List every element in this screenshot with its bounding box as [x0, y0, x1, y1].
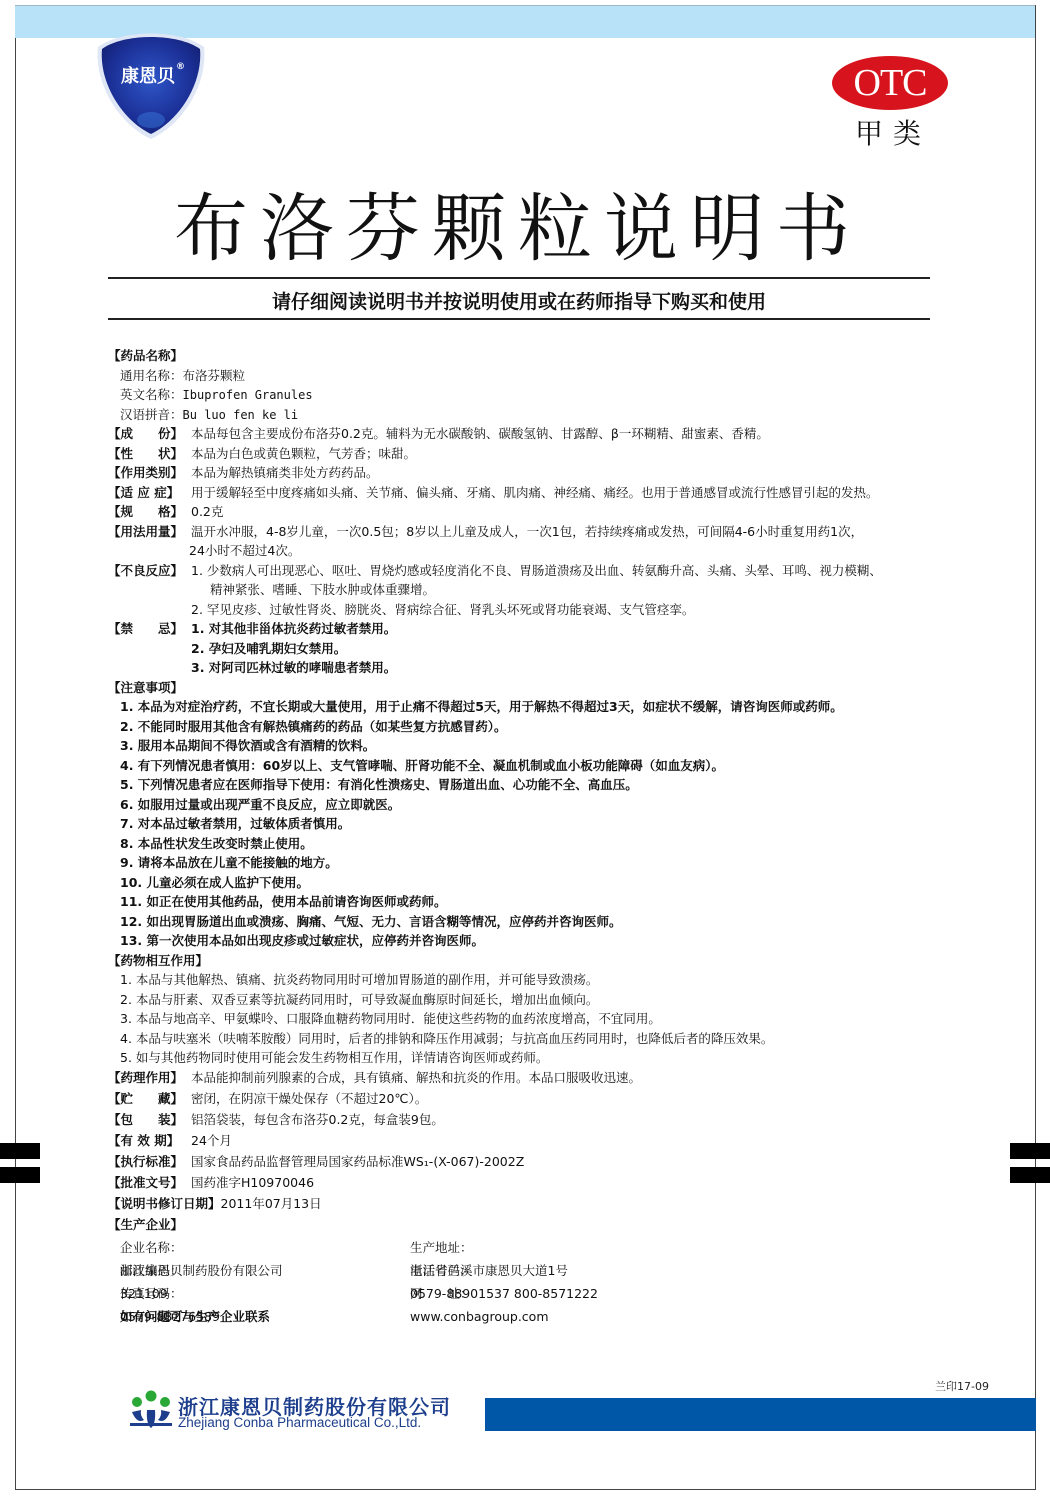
precaution-item: 5. 下列情况患者应在医师指导下使用：有消化性溃疡史、胃肠道出血、心功能不全、高…	[108, 775, 968, 795]
precaution-item: 1. 本品为对症治疗药，不宜长期或大量使用，用于止痛不得超过5天，用于解热不得超…	[108, 697, 968, 717]
fold-mark-left-bottom	[0, 1167, 40, 1183]
category-row: 【作用类别】本品为解热镇痛类非处方药药品。	[108, 463, 968, 483]
website-label: 网 址：	[410, 1282, 810, 1305]
dosage-label: 【用法用量】	[108, 522, 191, 542]
precaution-item: 10. 儿童必须在成人监护下使用。	[108, 873, 968, 893]
leaflet-content: 【药品名称】 通用名称：布洛芬颗粒 英文名称：Ibuprofen Granule…	[108, 346, 968, 1328]
adverse-reaction-item-1: 1. 少数病人可出现恶心、呕吐、胃烧灼感或轻度消化不良、胃肠道溃疡及出血、转氨酶…	[191, 563, 882, 578]
footer-company-name-en: Zhejiang Conba Pharmaceutical Co.,Ltd.	[178, 1415, 421, 1430]
revision-date-value: 2011年07月13日	[221, 1196, 322, 1211]
specification-label: 【规 格】	[108, 502, 191, 522]
adverse-reactions-label: 【不良反应】	[108, 561, 191, 581]
appearance-row: 【性 状】本品为白色或黄色颗粒，气芳香；味甜。	[108, 444, 968, 464]
validity-text: 24个月	[191, 1133, 232, 1148]
pinyin-row: 汉语拼音：Bu luo fen ke li	[108, 405, 968, 425]
fax-row: 传真号码：0579-88276589	[120, 1282, 410, 1305]
otc-badge: OTC	[832, 56, 948, 110]
precaution-item: 7. 对本品过敏者禁用，过敏体质者慎用。	[108, 814, 968, 834]
company-name-label: 企业名称：	[120, 1236, 410, 1259]
precaution-item: 13. 第一次使用本品如出现皮疹或过敏症状，应停药并咨询医师。	[108, 931, 968, 951]
standard-row: 【执行标准】国家食品药品监督管理局国家药品标准WS₁-(X-067)-2002Z	[108, 1152, 968, 1173]
frame-border-right	[1035, 5, 1036, 1490]
packaging-text: 铝箔袋装，每包含布洛芬0.2克，每盒装9包。	[191, 1112, 444, 1127]
adverse-reaction-item-2: 2. 罕见皮疹、过敏性肾炎、膀胱炎、肾病综合征、肾乳头坏死或肾功能衰竭、支气管痉…	[108, 600, 968, 620]
approval-number: 国药准字H10970046	[191, 1175, 314, 1190]
brand-logo-text: 康恩贝®	[110, 62, 196, 88]
contraindication-item: 1. 对其他非甾体抗炎药过敏者禁用。	[191, 621, 396, 636]
english-name-label: 英文名称：	[120, 387, 183, 402]
appearance-text: 本品为白色或黄色颗粒，气芳香；味甜。	[191, 446, 416, 461]
section-heading-drug-name: 【药品名称】	[108, 346, 968, 366]
pharmacology-label: 【药理作用】	[108, 1068, 191, 1088]
generic-name-label: 通用名称：	[120, 368, 183, 383]
generic-name-value: 布洛芬颗粒	[183, 368, 246, 383]
otc-class-label: 甲类	[848, 112, 938, 152]
precaution-item: 2. 不能同时服用其他含有解热镇痛药的药品（如某些复方抗感冒药）。	[108, 717, 968, 737]
english-name-value: Ibuprofen Granules	[183, 388, 313, 402]
validity-label: 【有 效 期】	[108, 1131, 191, 1151]
divider-bottom	[108, 318, 930, 320]
precaution-item: 3. 服用本品期间不得饮酒或含有酒精的饮料。	[108, 736, 968, 756]
brand-name: 康恩贝	[121, 66, 175, 87]
dosage-row: 【用法用量】温开水冲服，4-8岁儿童，一次0.5包；8岁以上儿童及成人，一次1包…	[108, 522, 968, 542]
specification-row: 【规 格】0.2克	[108, 502, 968, 522]
category-text: 本品为解热镇痛类非处方药药品。	[191, 465, 379, 480]
ingredients-label: 【成 份】	[108, 424, 191, 444]
standard-label: 【执行标准】	[108, 1152, 191, 1172]
frame-border-left	[15, 38, 16, 1490]
specification-text: 0.2克	[191, 504, 223, 519]
company-name-row: 企业名称：浙江康恩贝制药股份有限公司	[120, 1236, 410, 1259]
frame-border-bottom	[15, 1489, 1036, 1490]
fax-label: 传真号码：	[120, 1282, 410, 1305]
packaging-row: 【包 装】铝箔袋装，每包含布洛芬0.2克，每盒装9包。	[108, 1110, 968, 1131]
approval-label: 【批准文号】	[108, 1173, 191, 1193]
precaution-item: 9. 请将本品放在儿童不能接触的地方。	[108, 853, 968, 873]
storage-row: 【贮 藏】密闭，在阴凉干燥处保存（不超过20℃）。	[108, 1089, 968, 1110]
english-name-row: 英文名称：Ibuprofen Granules	[108, 385, 968, 405]
appearance-label: 【性 状】	[108, 444, 191, 464]
indications-label: 【适 应 症】	[108, 483, 191, 503]
page-subtitle: 请仔细阅读说明书并按说明使用或在药师指导下购买和使用	[108, 287, 930, 314]
dosage-row-cont: 24小时不超过4次。	[108, 541, 968, 561]
contraindication-item: 3. 对阿司匹林过敏的哮喘患者禁用。	[108, 658, 968, 678]
pharmacology-row: 【药理作用】本品能抑制前列腺素的合成，具有镇痛、解热和抗炎的作用。本品口服吸收迅…	[108, 1068, 968, 1089]
divider-top	[108, 277, 930, 279]
validity-row: 【有 效 期】24个月	[108, 1131, 968, 1152]
company-logo-icon	[128, 1390, 174, 1430]
registered-mark: ®	[176, 62, 185, 72]
ingredients-text: 本品每包含主要成份布洛芬0.2克。辅料为无水碳酸钠、碳酸氢钠、甘露醇、β一环糊精…	[191, 426, 769, 441]
indications-text: 用于缓解轻至中度疼痛如头痛、关节痛、偏头痛、牙痛、肌肉痛、神经痛、痛经。也用于普…	[191, 485, 879, 500]
pinyin-value: Bu luo fen ke li	[183, 408, 299, 422]
phone-row: 电话号码：0579-88901537 800-8571222	[410, 1259, 810, 1282]
address-label: 生产地址：	[410, 1236, 810, 1259]
section-heading-manufacturer: 【生产企业】	[108, 1215, 968, 1236]
fold-mark-right-top	[1010, 1143, 1050, 1159]
precaution-item: 4. 有下列情况患者慎用：60岁以上、支气管哮喘、肝肾功能不全、凝血机制或血小板…	[108, 756, 968, 776]
postcode-label: 邮政编码：	[120, 1259, 410, 1282]
section-heading-precautions: 【注意事项】	[108, 678, 968, 698]
packaging-label: 【包 装】	[108, 1110, 191, 1130]
storage-text: 密闭，在阴凉干燥处保存（不超过20℃）。	[191, 1091, 427, 1106]
fold-mark-left-top	[0, 1143, 40, 1159]
precaution-item: 8. 本品性状发生改变时禁止使用。	[108, 834, 968, 854]
footer-blue-bar	[485, 1398, 1036, 1431]
website-row: 网 址：www.conbagroup.com	[410, 1282, 810, 1305]
revision-date-label: 【说明书修订日期】	[108, 1194, 221, 1214]
manufacturer-info: 企业名称：浙江康恩贝制药股份有限公司 生产地址：浙江省兰溪市康恩贝大道1号 邮政…	[108, 1236, 968, 1305]
pinyin-label: 汉语拼音：	[120, 407, 183, 422]
precaution-item: 11. 如正在使用其他药品，使用本品前请咨询医师或药师。	[108, 892, 968, 912]
ingredients-row: 【成 份】本品每包含主要成份布洛芬0.2克。辅料为无水碳酸钠、碳酸氢钠、甘露醇、…	[108, 424, 968, 444]
interaction-item: 2. 本品与肝素、双香豆素等抗凝药同用时，可导致凝血酶原时间延长，增加出血倾向。	[108, 990, 968, 1010]
pharmacology-text: 本品能抑制前列腺素的合成，具有镇痛、解热和抗炎的作用。本品口服吸收迅速。	[191, 1070, 641, 1085]
standard-text: 国家食品药品监督管理局国家药品标准WS₁-(X-067)-2002Z	[191, 1154, 524, 1169]
indications-row: 【适 应 症】用于缓解轻至中度疼痛如头痛、关节痛、偏头痛、牙痛、肌肉痛、神经痛、…	[108, 483, 968, 503]
contraindications-label: 【禁 忌】	[108, 619, 191, 639]
print-code: 兰印17-09	[935, 1378, 989, 1394]
revision-date-row: 【说明书修订日期】2011年07月13日	[108, 1194, 968, 1215]
postcode-row: 邮政编码：321109	[120, 1259, 410, 1282]
precaution-item: 6. 如服用过量或出现严重不良反应，应立即就医。	[108, 795, 968, 815]
interaction-item: 4. 本品与呋塞米（呋喃苯胺酸）同用时，后者的排钠和降压作用减弱；与抗高血压药同…	[108, 1029, 968, 1049]
website-link: www.conbagroup.com	[410, 1305, 810, 1328]
dosage-text-line1: 温开水冲服，4-8岁儿童，一次0.5包；8岁以上儿童及成人，一次1包，若持续疼痛…	[191, 524, 863, 539]
adverse-reactions-row: 【不良反应】1. 少数病人可出现恶心、呕吐、胃烧灼感或轻度消化不良、胃肠道溃疡及…	[108, 561, 968, 581]
storage-label: 【贮 藏】	[108, 1089, 191, 1109]
phone-label: 电话号码：	[410, 1259, 810, 1282]
address-row: 生产地址：浙江省兰溪市康恩贝大道1号	[410, 1236, 810, 1259]
fold-mark-right-bottom	[1010, 1167, 1050, 1183]
contraindications-row: 【禁 忌】1. 对其他非甾体抗炎药过敏者禁用。	[108, 619, 968, 639]
section-heading-interactions: 【药物相互作用】	[108, 951, 968, 971]
category-label: 【作用类别】	[108, 463, 191, 483]
interaction-item: 5. 如与其他药物同时使用可能会发生药物相互作用，详情请咨询医师或药师。	[108, 1048, 968, 1068]
interaction-item: 1. 本品与其他解热、镇痛、抗炎药物同用时可增加胃肠道的副作用，并可能导致溃疡。	[108, 970, 968, 990]
interaction-item: 3. 本品与地高辛、甲氨蝶呤、口服降血糖药物同用时．能使这些药物的血药浓度增高，…	[108, 1009, 968, 1029]
adverse-reaction-item-1-cont: 精神紧张、嗜睡、下肢水肿或体重骤增。	[108, 580, 968, 600]
page-title: 布洛芬颗粒说明书	[108, 170, 928, 276]
contraindication-item: 2. 孕妇及哺乳期妇女禁用。	[108, 639, 968, 659]
approval-row: 【批准文号】国药准字H10970046	[108, 1173, 968, 1194]
generic-name-row: 通用名称：布洛芬颗粒	[108, 366, 968, 386]
precaution-item: 12. 如出现胃肠道出血或溃疡、胸痛、气短、无力、言语含糊等情况，应停药并咨询医…	[108, 912, 968, 932]
